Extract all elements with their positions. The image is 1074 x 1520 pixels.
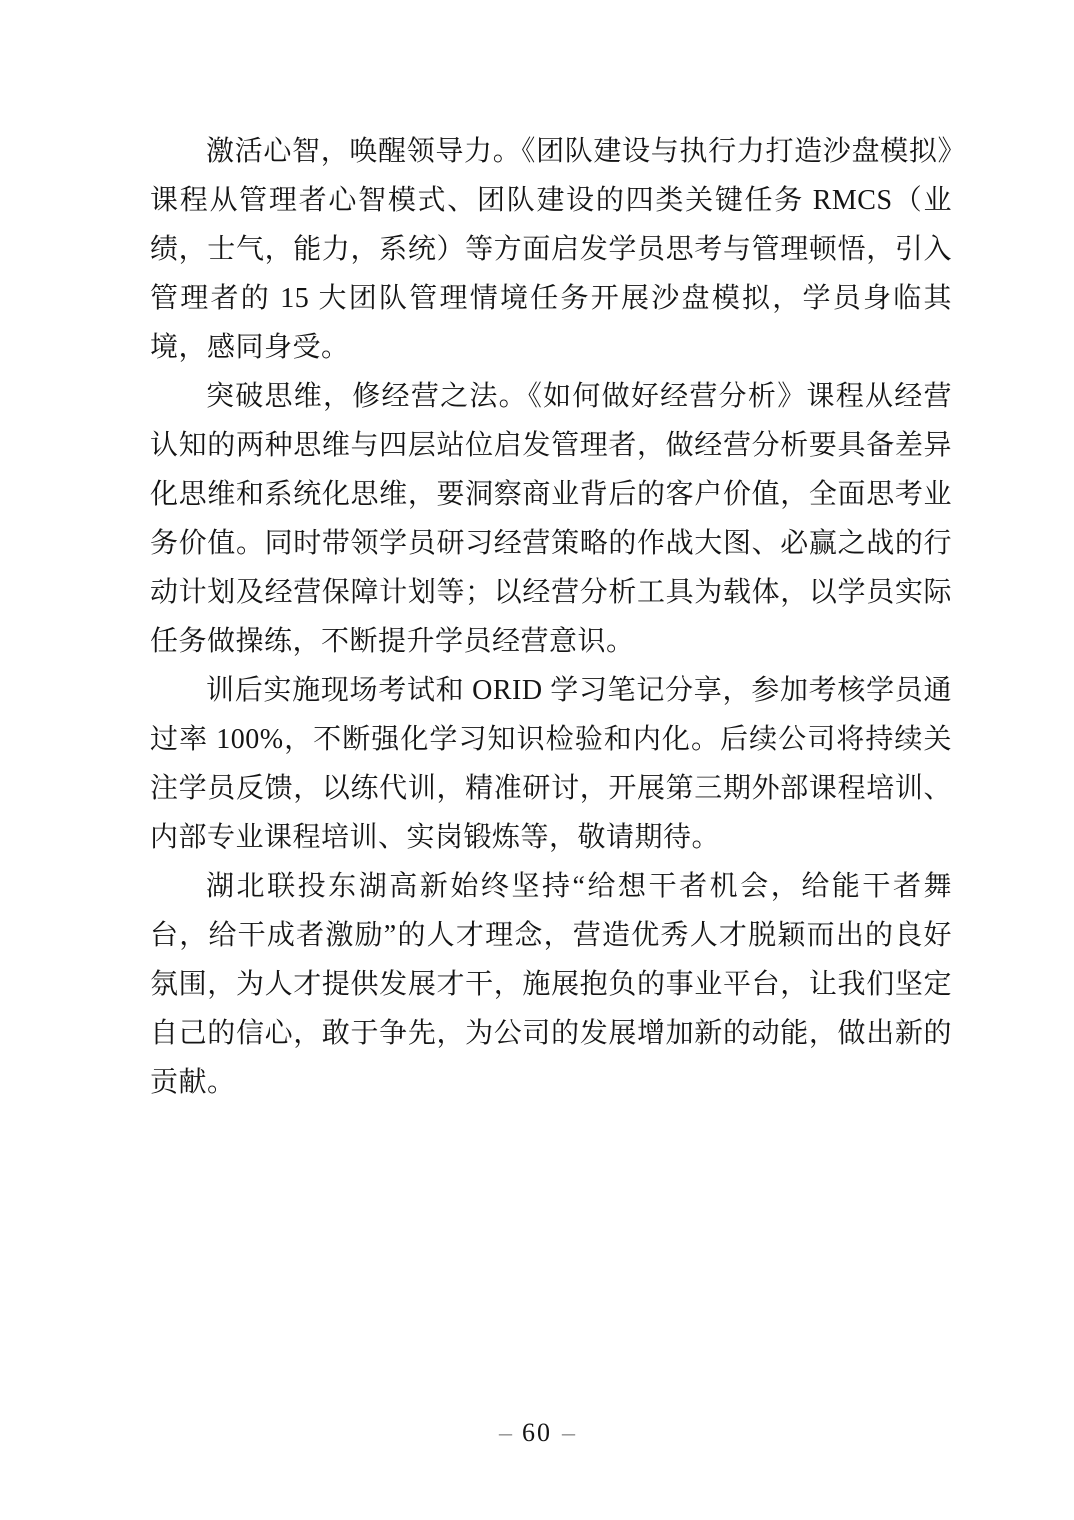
paragraph-talent-philosophy: 湖北联投东湖高新始终坚持“给想干者机会，给能干者舞台，给干成者激励”的人才理念，… xyxy=(150,862,952,1107)
document-page: 激活心智，唤醒领导力。《团队建设与执行力打造沙盘模拟》课程从管理者心智模式、团队… xyxy=(0,0,1074,1520)
document-body: 激活心智，唤醒领导力。《团队建设与执行力打造沙盘模拟》课程从管理者心智模式、团队… xyxy=(150,127,952,1107)
page-number-dash-left: – xyxy=(489,1418,522,1447)
paragraph-business-analysis: 突破思维，修经营之法。《如何做好经营分析》课程从经营认知的两种思维与四层站位启发… xyxy=(150,372,952,666)
page-footer: –60– xyxy=(0,1418,1074,1448)
paragraph-post-training: 训后实施现场考试和 ORID 学习笔记分享，参加考核学员通过率 100%，不断强… xyxy=(150,666,952,862)
paragraph-training-sandbox: 激活心智，唤醒领导力。《团队建设与执行力打造沙盘模拟》课程从管理者心智模式、团队… xyxy=(150,127,952,372)
page-number-dash-right: – xyxy=(552,1418,585,1447)
page-number: 60 xyxy=(522,1418,552,1447)
